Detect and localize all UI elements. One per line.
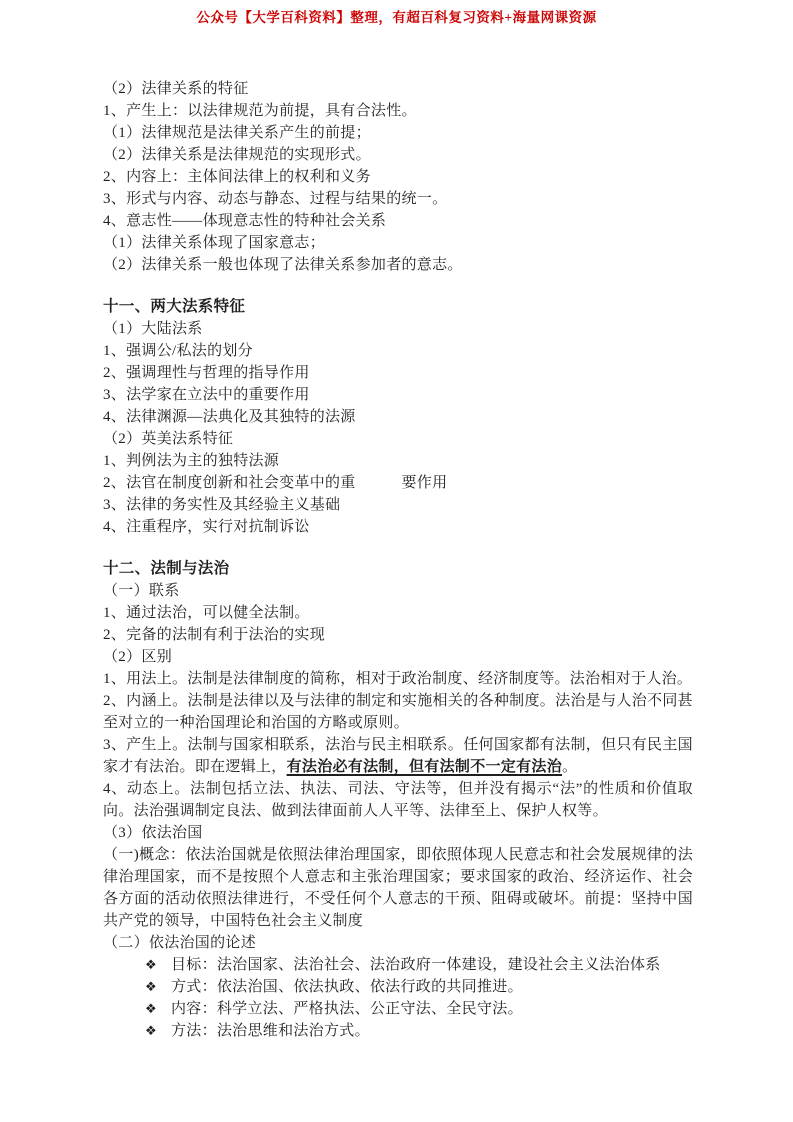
text-line: （1）大陆法系 bbox=[103, 318, 693, 340]
text-line: 1、通过法治，可以健全法制。 bbox=[103, 602, 693, 624]
text-line: 1、判例法为主的独特法源 bbox=[103, 450, 693, 472]
text-line: （3）依法治国 bbox=[103, 822, 693, 844]
text-line: 4、注重程序，实行对抗制诉讼 bbox=[103, 516, 693, 538]
text-line: （1）法律关系体现了国家意志； bbox=[103, 232, 693, 254]
text-line: 2、内涵上。法制是法律以及与法律的制定和实施相关的各种制度。法治是与人治不同甚至… bbox=[103, 690, 693, 734]
text-line: 3、形式与内容、动态与静态、过程与结果的统一。 bbox=[103, 188, 693, 210]
text-line: （2）区别 bbox=[103, 646, 693, 668]
bullet-list-item: ❖方法：法治思维和法治方式。 bbox=[103, 1020, 693, 1042]
diamond-bullet-icon: ❖ bbox=[145, 1020, 157, 1042]
text-line: （一）联系 bbox=[103, 580, 693, 602]
text-line: 1、强调公/私法的划分 bbox=[103, 340, 693, 362]
text-line: 2、内容上：主体间法律上的权利和义务 bbox=[103, 166, 693, 188]
text-line: 2、完备的法制有利于法治的实现 bbox=[103, 624, 693, 646]
text-line: （2）法律关系一般也体现了法律关系参加者的意志。 bbox=[103, 254, 693, 276]
text-line: （2）法律关系是法律规范的实现形式。 bbox=[103, 144, 693, 166]
text-line: 1、用法上。法制是法律制度的简称，相对于政治制度、经济制度等。法治相对于人治。 bbox=[103, 668, 693, 690]
text-line: 4、动态上。法制包括立法、执法、司法、守法等，但并没有揭示“法”的性质和价值取向… bbox=[103, 778, 693, 822]
text-line: 3、产生上。法制与国家相联系，法治与民主相联系。任何国家都有法制，但只有民主国家… bbox=[103, 734, 693, 778]
text-line: 4、法律渊源—法典化及其独特的法源 bbox=[103, 406, 693, 428]
bullet-item-text: 目标：法治国家、法治社会、法治政府一体建设，建设社会主义法治体系 bbox=[171, 954, 661, 976]
diamond-bullet-icon: ❖ bbox=[145, 976, 157, 998]
bullet-list-item: ❖目标：法治国家、法治社会、法治政府一体建设，建设社会主义法治体系 bbox=[103, 954, 693, 976]
text-line: （二）依法治国的论述 bbox=[103, 932, 693, 954]
bullet-item-text: 方式：依法治国、依法执政、依法行政的共同推进。 bbox=[171, 976, 523, 998]
text-line: 1、产生上：以法律规范为前提，具有合法性。 bbox=[103, 100, 693, 122]
bullet-item-text: 内容：科学立法、严格执法、公正守法、全民守法。 bbox=[171, 998, 523, 1020]
text-line: 2、强调理性与哲理的指导作用 bbox=[103, 362, 693, 384]
text-line: （一)概念：依法治国就是依照法律治理国家，即依照体现人民意志和社会发展规律的法律… bbox=[103, 844, 693, 932]
text-line: 2、法官在制度创新和社会变革中的重 要作用 bbox=[103, 472, 693, 494]
page-header-banner: 公众号【大学百科资料】整理，有超百科复习资料+海量网课资源 bbox=[0, 6, 793, 26]
section-title-fazhi-vs-fazhi: 十二、法制与法治 bbox=[103, 558, 693, 580]
text-line: 3、法学家在立法中的重要作用 bbox=[103, 384, 693, 406]
bullet-list-item: ❖内容：科学立法、严格执法、公正守法、全民守法。 bbox=[103, 998, 693, 1020]
diamond-bullet-icon: ❖ bbox=[145, 954, 157, 976]
text-line: （1）法律规范是法律关系产生的前提； bbox=[103, 122, 693, 144]
section-title-two-legal-systems: 十一、两大法系特征 bbox=[103, 296, 693, 318]
document-body: （2）法律关系的特征1、产生上：以法律规范为前提，具有合法性。（1）法律规范是法… bbox=[103, 78, 693, 1042]
diamond-bullet-icon: ❖ bbox=[145, 998, 157, 1020]
bullet-list-item: ❖方式：依法治国、依法执政、依法行政的共同推进。 bbox=[103, 976, 693, 998]
text-line: （2）英美法系特征 bbox=[103, 428, 693, 450]
bullet-item-text: 方法：法治思维和法治方式。 bbox=[171, 1020, 370, 1042]
text-line: （2）法律关系的特征 bbox=[103, 78, 693, 100]
text-line: 4、意志性——体现意志性的特种社会关系 bbox=[103, 210, 693, 232]
text-segment: 。 bbox=[562, 759, 577, 775]
text-line: 3、法律的务实性及其经验主义基础 bbox=[103, 494, 693, 516]
emphasized-text: 有法治必有法制，但有法制不一定有法治 bbox=[287, 759, 562, 775]
